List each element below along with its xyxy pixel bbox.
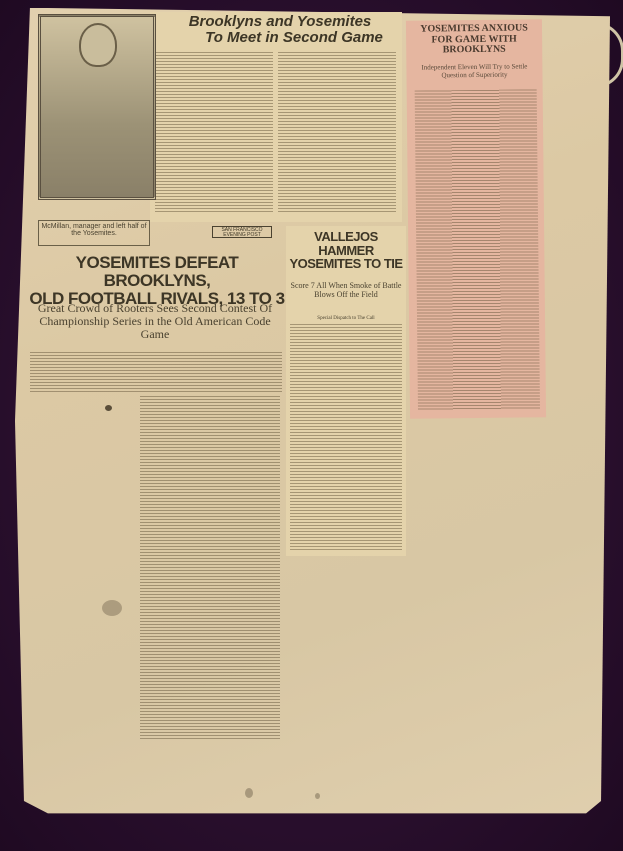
pink-article-body (415, 89, 540, 410)
top-article-body-left (155, 52, 273, 212)
top-article-headline: Brooklyns and Yosemites To Meet in Secon… (160, 14, 400, 46)
main-article-column (140, 396, 280, 741)
main-article-subhead: Great Crowd of Rooters Sees Second Conte… (30, 302, 280, 342)
main-article-headline: YOSEMITES DEFEAT BROOKLYNS, OLD FOOTBALL… (28, 254, 286, 308)
stain (315, 793, 320, 799)
stain (245, 788, 253, 798)
middle-article-headline: VALLEJOS HAMMER YOSEMITES TO TIE (286, 230, 406, 271)
middle-article-body (290, 324, 402, 550)
headline-line: To Meet in Second Game (160, 30, 400, 46)
top-article-body-right (278, 52, 396, 212)
photo-caption: McMillan, manager and left half of the Y… (38, 220, 150, 246)
headline-line: Brooklyns and Yosemites (160, 14, 400, 30)
portrait-face (79, 23, 117, 67)
source-badge: SAN FRANCISCO EVENING POST (212, 226, 272, 238)
stain (105, 405, 112, 411)
middle-article-dateline: Special Dispatch to The Call (290, 316, 402, 322)
pink-article-clipping: YOSEMITES ANXIOUS FOR GAME WITH BROOKLYN… (406, 19, 546, 418)
main-article-intro (30, 352, 282, 394)
middle-article-subhead: Score 7 All When Smoke of Battle Blows O… (290, 282, 402, 300)
pink-article-headline: YOSEMITES ANXIOUS FOR GAME WITH BROOKLYN… (410, 23, 538, 56)
player-photo (38, 14, 156, 200)
headline-line: BROOKLYNS (410, 44, 538, 56)
headline-line: YOSEMITES TO TIE (286, 257, 406, 271)
headline-line: VALLEJOS HAMMER (286, 230, 406, 257)
headline-line: YOSEMITES DEFEAT BROOKLYNS, (28, 254, 286, 290)
stain (102, 600, 122, 616)
badge-line: EVENING POST (213, 233, 271, 238)
pink-article-subhead: Independent Eleven Will Try to Settle Qu… (414, 63, 534, 80)
